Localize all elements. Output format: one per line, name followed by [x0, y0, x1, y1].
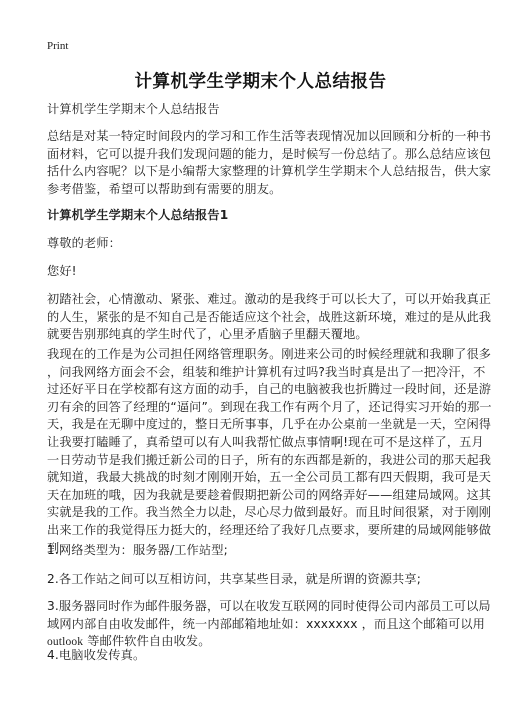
salutation-text: 尊敬的老师：: [47, 235, 474, 253]
greeting: 您好!: [47, 263, 474, 281]
text-line: 初踏社会，心情激动、紧张、难过。激动的是我终于可以长大了，可以开始我真正: [47, 291, 474, 309]
text-line: 就要告别那纯真的学生时代了，心里矛盾脑子里翻天覆地。: [47, 326, 474, 344]
text-line: 括什么内容呢？以下是小编帮大家整理的计算机学生学期末个人总结报告，供大家: [47, 163, 474, 181]
list-item: 1.网络类型为：服务器/工作站型;: [47, 542, 474, 560]
text-line: 一日劳动节是我们搬迁新公司的日子，所有的东西都是新的，我进公司的那天起我: [47, 452, 474, 470]
text-line: 过还好平日在学校都有这方面的动手，自己的电脑被我也折腾过一段时间，还是游: [47, 381, 474, 399]
text-line: 就知道，我最大挑战的时刻才刚刚开始，五一全公司员工都有四天假期，我可是天: [47, 469, 474, 487]
text-line: 刃有余的回答了经理的“逼问”。到现在我工作有两个月了，还记得实习开始的那一: [47, 399, 474, 417]
text-line: 天在加班的哦，因为我就是要趁着假期把新公司的网络弄好——组建局域网。这其: [47, 487, 474, 505]
list-item-text: 2.各工作站之间可以互相访问，共享某些目录，就是所谓的资源共享;: [47, 571, 474, 589]
list-item: 4.电脑收发传真。: [47, 647, 474, 665]
text-line: 出来工作的我觉得压力挺大的，经理还给了我好几点要求，要所建的局域网能够做: [47, 522, 474, 540]
list-item-text: 1.网络类型为：服务器/工作站型;: [47, 542, 474, 560]
section-heading-text: 计算机学生学期末个人总结报告1: [47, 207, 474, 225]
document-subtitle: 计算机学生学期末个人总结报告: [47, 101, 474, 119]
print-label[interactable]: Print: [47, 40, 68, 52]
subtitle-text: 计算机学生学期末个人总结报告: [47, 101, 474, 119]
text-line: 我现在的工作是为公司担任网络管理职务。刚进来公司的时候经理就和我聊了很多: [47, 346, 474, 364]
text-line: 总结是对某一特定时间段内的学习和工作生活等表现情况加以回顾和分析的一种书: [47, 128, 474, 146]
list-item-text: 3.服务器同时作为邮件服务器，可以在收发互联网的同时使得公司内部员工可以局: [47, 598, 474, 616]
paragraph-1: 初踏社会，心情激动、紧张、难过。激动的是我终于可以长大了，可以开始我真正 的人生…: [47, 291, 474, 344]
intro-paragraph: 总结是对某一特定时间段内的学习和工作生活等表现情况加以回顾和分析的一种书 面材料…: [47, 128, 474, 198]
section-heading: 计算机学生学期末个人总结报告1: [47, 207, 474, 225]
list-item: 2.各工作站之间可以互相访问，共享某些目录，就是所谓的资源共享;: [47, 571, 474, 589]
text-line: 参考借鉴，希望可以帮助到有需要的朋友。: [47, 181, 474, 199]
list-item-text: 域网内部自由收发邮件，统一内部邮箱地址如：xxxxxxx ，而且这个邮箱可以用: [47, 616, 474, 634]
list-item-text: 4.电脑收发传真。: [47, 647, 474, 665]
text-line: 的人生，紧张的是不知自己是否能适应这个社会，战胜这新环境，难过的是从此我: [47, 309, 474, 327]
text-line: 面材料，它可以提升我们发现问题的能力，是时候写一份总结了。那么总结应该包: [47, 146, 474, 164]
greeting-text: 您好!: [47, 263, 474, 281]
text-line: 实就是我的工作。我当然全力以赴，尽心尽力做到最好。而且时间很紧，对于刚刚: [47, 504, 474, 522]
text-line: 天，我是在无聊中度过的，整日无所事事，几乎在办公桌前一坐就是一天，空闲得: [47, 416, 474, 434]
page-title: 计算机学生学期末个人总结报告: [47, 68, 474, 93]
list-item: 3.服务器同时作为邮件服务器，可以在收发互联网的同时使得公司内部员工可以局 域网…: [47, 598, 474, 652]
salutation: 尊敬的老师：: [47, 235, 474, 253]
text-line: 让我要打瞌睡了，真希望可以有人叫我帮忙做点事情啊!现在可不是这样了，五月: [47, 434, 474, 452]
text-line: ，问我网络方面会不会，组装和维护计算机有过吗?我当时真是出了一把冷汗，不: [47, 364, 474, 382]
paragraph-2: 我现在的工作是为公司担任网络管理职务。刚进来公司的时候经理就和我聊了很多 ，问我…: [47, 346, 474, 557]
